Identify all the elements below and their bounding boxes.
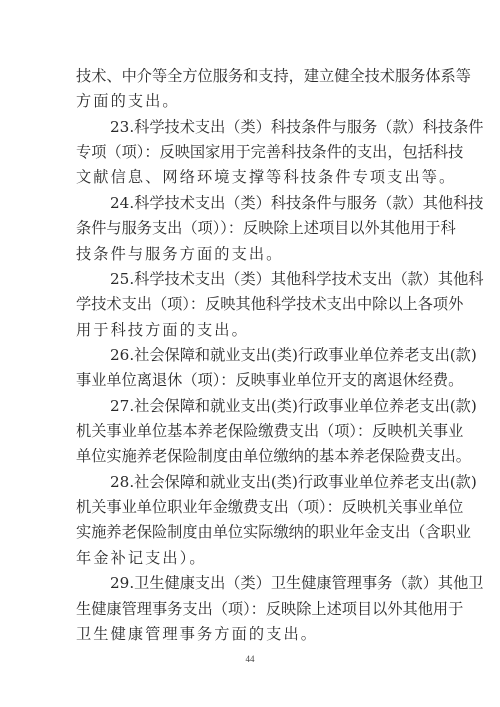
text-line: 专项（项）：反映国家用于完善科技条件的支出，包括科技	[76, 140, 424, 165]
document-page: 技术、中介等全方位服务和支持，建立健全技术服务体系等 方面的支出。 23.科学技…	[0, 0, 500, 707]
paragraph-29-start: 29.卫生健康支出（类）卫生健康管理事务（款）其他卫	[76, 571, 424, 596]
text-line: 实施养老保险制度由单位实际缴纳的职业年金支出（含职业	[76, 520, 424, 545]
text-line: 条件与服务支出（项））：反映除上述项目以外其他用于科	[76, 216, 424, 241]
paragraph-23-start: 23.科学技术支出（类）科技条件与服务（款）科技条件	[76, 115, 424, 140]
text-line: 技术、中介等全方位服务和支持，建立健全技术服务体系等	[76, 64, 424, 89]
text-line: 机关事业单位职业年金缴费支出（项）：反映机关事业单位	[76, 495, 424, 520]
text-line: 方面的支出。	[76, 89, 424, 114]
text-line: 用于科技方面的支出。	[76, 318, 424, 343]
text-line: 文献信息、网络环境支撑等科技条件专项支出等。	[76, 165, 424, 190]
text-line: 单位实施养老保险制度由单位缴纳的基本养老保险费支出。	[76, 444, 424, 469]
paragraph-26-start: 26.社会保障和就业支出(类)行政事业单位养老支出(款)	[76, 343, 424, 368]
paragraph-24-start: 24.科学技术支出（类）科技条件与服务（款）其他科技	[76, 191, 424, 216]
text-line: 技条件与服务方面的支出。	[76, 242, 424, 267]
text-line: 年金补记支出）。	[76, 546, 424, 571]
text-line: 卫生健康管理事务方面的支出。	[76, 622, 424, 647]
text-line: 事业单位离退休（项）：反映事业单位开支的离退休经费。	[76, 368, 424, 393]
page-number: 44	[0, 654, 500, 664]
paragraph-27-start: 27.社会保障和就业支出(类)行政事业单位养老支出(款)	[76, 394, 424, 419]
text-line: 学技术支出（项）：反映其他科学技术支出中除以上各项外	[76, 292, 424, 317]
paragraph-25-start: 25.科学技术支出（类）其他科学技术支出（款）其他科	[76, 267, 424, 292]
paragraph-28-start: 28.社会保障和就业支出(类)行政事业单位养老支出(款)	[76, 470, 424, 495]
text-line: 机关事业单位基本养老保险缴费支出（项）：反映机关事业	[76, 419, 424, 444]
text-line: 生健康管理事务支出（项）：反映除上述项目以外其他用于	[76, 597, 424, 622]
body-text: 技术、中介等全方位服务和支持，建立健全技术服务体系等 方面的支出。 23.科学技…	[76, 64, 424, 647]
